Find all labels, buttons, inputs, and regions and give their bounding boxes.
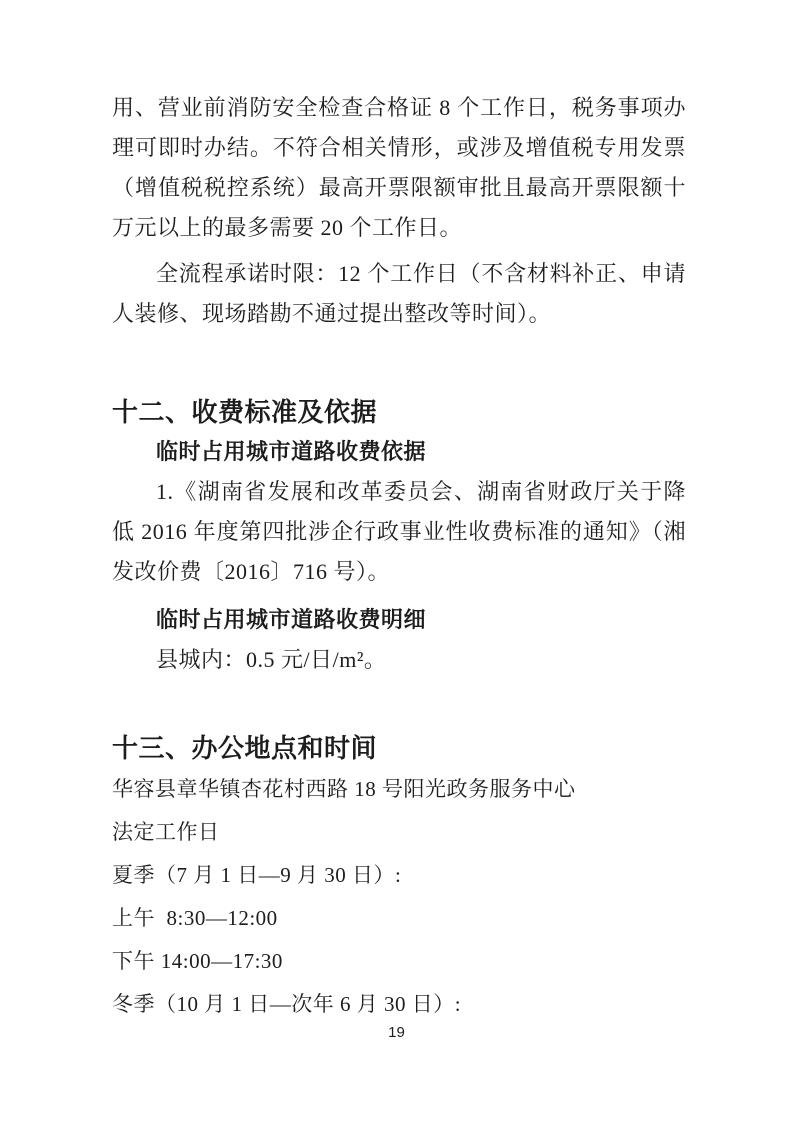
office-info-block: 华容县章华镇杏花村西路 18 号阳光政务服务中心 法定工作日 夏季（7 月 1 … (112, 768, 686, 1026)
section-12-heading: 十二、收费标准及依据 (112, 392, 686, 432)
fee-detail-subheading: 临时占用城市道路收费明细 (112, 600, 686, 640)
page-number: 19 (0, 1024, 793, 1041)
working-days-line: 法定工作日 (112, 811, 686, 854)
body-paragraph-commitment: 全流程承诺时限：12 个工作日（不含材料补正、申请人装修、现场踏勘不通过提出整改… (112, 254, 686, 334)
summer-morning-hours: 上午 8:30—12:00 (112, 897, 686, 940)
document-page: 用、营业前消防安全检查合格证 8 个工作日，税务事项办理可即时办结。不符合相关情… (0, 0, 793, 1122)
fee-basis-subheading: 临时占用城市道路收费依据 (112, 432, 686, 472)
section-13-heading: 十三、办公地点和时间 (112, 728, 686, 768)
office-address-line: 华容县章华镇杏花村西路 18 号阳光政务服务中心 (112, 768, 686, 811)
body-paragraph-continuation: 用、营业前消防安全检查合格证 8 个工作日，税务事项办理可即时办结。不符合相关情… (112, 88, 686, 248)
fee-detail-line: 县城内：0.5 元/日/m²。 (112, 640, 686, 680)
fee-basis-item: 1.《湖南省发展和改革委员会、湖南省财政厅关于降低 2016 年度第四批涉企行政… (112, 472, 686, 592)
summer-schedule-line: 夏季（7 月 1 日—9 月 30 日）: (112, 854, 686, 897)
winter-schedule-line: 冬季（10 月 1 日—次年 6 月 30 日）: (112, 983, 686, 1026)
summer-afternoon-hours: 下午 14:00—17:30 (112, 940, 686, 983)
